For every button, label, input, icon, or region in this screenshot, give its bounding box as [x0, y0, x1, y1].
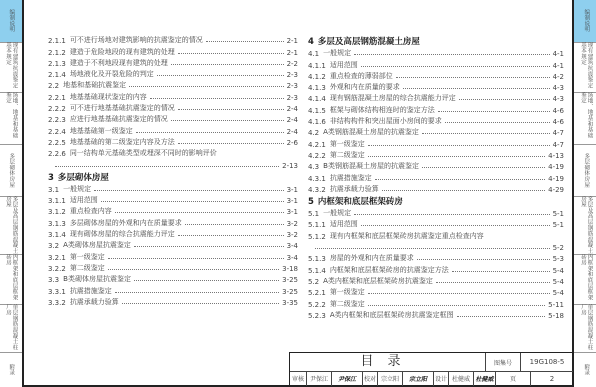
toc-page-ref: 2-4	[287, 128, 298, 136]
toc-number: 4.2.2	[308, 152, 326, 160]
leader-dots	[178, 235, 284, 236]
toc-number: 2.2	[48, 82, 59, 90]
toc-title: 内框架和底层框架砖房的抗震鉴定方法	[330, 265, 449, 275]
toc-number: 4.1.3	[308, 84, 326, 92]
toc-title: 抗震措施鉴定	[330, 173, 372, 183]
toc-entry[interactable]: 3.2.1第一级鉴定3-4	[48, 250, 298, 261]
toc-title: 第一级鉴定	[70, 252, 105, 262]
toc-page-ref: 2-2	[287, 60, 298, 68]
left-tab-7[interactable]: 单层钢筋混凝土柱厂房	[0, 304, 22, 353]
toc-number: 3.1.1	[48, 197, 66, 205]
toc-page-ref: 2-6	[287, 139, 298, 147]
toc-number: 4.3.2	[308, 186, 326, 194]
toc-entry[interactable]: 5.1.1适用范围5-1	[308, 218, 564, 229]
toc-title: 地基基础的第二级鉴定内容及方法	[70, 137, 175, 147]
tab-label: 多层砌体房屋	[8, 153, 15, 188]
toc-number: 4.1	[308, 50, 319, 58]
toc-title: 地基基础第一级鉴定	[70, 126, 133, 136]
toc-entry[interactable]: 3.1.4现有砌体房屋的综合抗震能力评定3-2	[48, 228, 298, 239]
toc-entry[interactable]: 2.1.4场地液化及开裂危险的判定2-3	[48, 68, 298, 79]
toc-title: 现有钢筋混凝土房屋的综合抗震能力评定	[330, 93, 456, 103]
toc-page-ref: 4-13	[548, 152, 564, 160]
toc-page-ref: 5-2	[553, 244, 564, 252]
tab-label: 内框架和底层框架砖房	[5, 254, 18, 304]
toc-number: 3.2	[48, 242, 59, 250]
right-tab-7[interactable]: 单层钢筋混凝土柱厂房	[574, 304, 596, 353]
toc-number: 2.2.3	[48, 116, 66, 124]
toc-title: A类砌体房屋抗震鉴定	[63, 240, 131, 250]
tab-label: 场地、地基和基础鉴定	[5, 92, 18, 144]
toc-number: 4.1.6	[308, 118, 326, 126]
toc-title: A类内框架和底层框架砖房抗震鉴定	[323, 276, 433, 286]
toc-number: 4.1.2	[308, 73, 326, 81]
toc-page-ref: 4-2	[553, 73, 564, 81]
toc-number: 2.1.3	[48, 60, 66, 68]
toc-entry[interactable]: 4.3.2抗震承载力验算4-29	[308, 183, 564, 194]
toc-entry[interactable]: 3.1.3多层砌体房屋的外观和内在质量要求3-2	[48, 216, 298, 227]
designer-signature: 杜健威	[473, 371, 495, 386]
toc-entry[interactable]: 2.1.1可不进行场地对建筑影响的抗震鉴定的情况2-1	[48, 34, 298, 45]
title-block: 目录 图集号 19G108-5 审核 尹保江 尹保江 校对 宗立阳 宗立阳 设计…	[289, 352, 573, 386]
right-tab-2[interactable]: 现有建筑抗震鉴定基本规定	[574, 42, 596, 93]
leader-dots	[459, 99, 550, 100]
toc-title: 可不进行地基基础抗震鉴定的情况	[70, 103, 175, 113]
leader-dots	[136, 132, 284, 133]
toc-page-ref: 2-4	[287, 105, 298, 113]
toc-title: 第二级鉴定	[330, 299, 365, 309]
toc-title: 建造于危险地段的现有建筑的处理	[70, 47, 175, 57]
toc-title: 一般规定	[63, 184, 91, 194]
checker-signature: 宗立阳	[402, 371, 433, 386]
toc-entry[interactable]: 4.1.1适用范围4-1	[308, 58, 564, 69]
toc-page-ref: 2-3	[287, 71, 298, 79]
toc-title: 场地液化及开裂危险的判定	[70, 69, 154, 79]
toc-entry[interactable]: 5.2.1第一级鉴定5-4	[308, 286, 564, 297]
toc-entry[interactable]: 2.2.5地基基础的第二级鉴定内容及方法2-6	[48, 136, 298, 147]
toc-entry[interactable]: 3.1一般规定3-1	[48, 183, 298, 194]
toc-entry[interactable]: 2.2.6同一结构单元基础类型或埋深不同时的影响评价	[48, 147, 298, 158]
toc-page-ref: 4-3	[553, 95, 564, 103]
toc-page-ref: 2-3	[287, 94, 298, 102]
leader-dots	[157, 75, 284, 76]
toc-page-ref: 2-1	[287, 49, 298, 57]
toc-title: 第二级鉴定	[330, 150, 365, 160]
toc-title: 应进行地基基础抗震鉴定的情况	[70, 114, 168, 124]
leader-dots	[178, 143, 284, 144]
toc-entry[interactable]: 3.1.2重点检查内容3-1	[48, 205, 298, 216]
toc-title: 适用范围	[330, 60, 358, 70]
toc-page-ref: 4-19	[548, 163, 564, 171]
toc-entry[interactable]: 4.2A类钢筋混凝土房屋的抗震鉴定4-7	[308, 126, 564, 137]
toc-number: 3.2.1	[48, 254, 66, 262]
leader-dots	[361, 66, 550, 67]
toc-page-ref: 5-4	[553, 289, 564, 297]
check-label: 校对	[362, 371, 377, 386]
toc-entry[interactable]: 5.2.2第二级鉴定5-11	[308, 297, 564, 308]
left-tab-1[interactable]: 编制说明	[0, 0, 22, 43]
review-label: 审核	[290, 371, 306, 386]
leader-dots	[403, 88, 550, 89]
leader-dots	[122, 303, 279, 304]
toc-left-column: 2.1.1可不进行场地对建筑影响的抗震鉴定的情况2-12.1.2建造于危险地段的…	[48, 34, 298, 307]
reviewer-signature: 尹保江	[331, 371, 362, 386]
toc-number: 3.3.1	[48, 288, 66, 296]
leader-dots	[438, 111, 550, 112]
leader-dots	[422, 167, 545, 168]
toc-page-ref: 4-29	[548, 186, 564, 194]
leader-dots	[94, 190, 283, 191]
toc-number: 3.1.4	[48, 231, 66, 239]
toc-page-ref: 3-2	[287, 220, 298, 228]
toc-entry[interactable]: 5.2A类内框架和底层框架砖房抗震鉴定5-4	[308, 275, 564, 286]
toc-entry[interactable]: 3.3.1抗震措施鉴定3-25	[48, 284, 298, 295]
atlas-no: 19G108-5	[520, 353, 573, 371]
toc-page-ref: 5-3	[553, 255, 564, 263]
drawing-title: 目录	[290, 353, 485, 371]
right-tab-6[interactable]: 内框架和底层框架砖房	[574, 254, 596, 305]
toc-title: 建造于不利地段现有建筑的处理	[70, 58, 168, 68]
right-tab-4[interactable]: 多层砌体房屋	[574, 144, 596, 197]
right-tab-5[interactable]: 多层及高层钢筋混凝土房屋	[574, 196, 596, 255]
toc-page-ref: 5-11	[548, 301, 564, 309]
toc-title: 一般规定	[323, 208, 351, 218]
toc-page-ref: 3-25	[282, 276, 298, 284]
toc-title: A类内框架和底层框架砖房抗震鉴定框图	[330, 310, 454, 320]
toc-title: 适用范围	[70, 195, 98, 205]
leader-dots	[185, 224, 284, 225]
tab-label: 内框架和底层框架砖房	[580, 254, 593, 304]
toc-page-ref: 3-4	[287, 242, 298, 250]
toc-entry[interactable]: 5.2.3A类内框架和底层框架砖房抗震鉴定框图5-18	[308, 309, 564, 320]
leader-dots	[134, 280, 279, 281]
toc-title: 一般规定	[323, 48, 351, 58]
leader-dots	[436, 282, 550, 283]
toc-title: 重点检查内容	[70, 206, 112, 216]
tab-label: 多层及高层钢筋混凝土房屋	[580, 196, 593, 254]
leader-dots	[361, 225, 550, 226]
left-tab-8[interactable]: 附录	[0, 352, 22, 387]
page-label: 页	[495, 371, 530, 386]
toc-title: 多层砌体房屋的外观和内在质量要求	[70, 218, 182, 228]
toc-entry[interactable]: 2.1.3建造于不利地段现有建筑的处理2-2	[48, 57, 298, 68]
toc-entry[interactable]: 2.2.3应进行地基基础抗震鉴定的情况2-4	[48, 113, 298, 124]
toc-page-ref: 3-1	[287, 197, 298, 205]
leader-dots	[108, 258, 284, 259]
toc-page-ref: 5-1	[553, 221, 564, 229]
toc-number: 4.1.4	[308, 95, 326, 103]
toc-entry[interactable]: 2-13	[48, 158, 298, 169]
toc-chapter-heading[interactable]: 3多层砌体房屋	[48, 170, 298, 183]
leader-dots	[129, 86, 283, 87]
toc-number: 4.1.1	[308, 62, 326, 70]
left-tab-2[interactable]: 现有建筑抗震鉴定基本规定	[0, 42, 22, 93]
toc-page-ref: 2-4	[287, 116, 298, 124]
toc-number: 5	[308, 197, 314, 207]
toc-entry[interactable]: 2.1.2建造于危险地段的现有建筑的处理2-1	[48, 45, 298, 56]
toc-page-ref: 4-1	[553, 62, 564, 70]
toc-title: B类砌体房屋抗震鉴定	[63, 274, 131, 284]
toc-page-ref: 3-18	[282, 265, 298, 273]
left-tab-6[interactable]: 内框架和底层框架砖房	[0, 254, 22, 305]
right-tab-8[interactable]: 附录	[574, 352, 596, 387]
leader-dots	[368, 305, 545, 306]
toc-page-ref: 2-1	[287, 37, 298, 45]
toc-entry[interactable]: 3.3.2抗震承载力验算3-35	[48, 296, 298, 307]
leader-dots	[171, 64, 284, 65]
toc-page-ref: 4-6	[553, 118, 564, 126]
tab-label: 附录	[8, 364, 15, 376]
toc-page-ref: 3-35	[282, 299, 298, 307]
toc-number: 3.2.2	[48, 265, 66, 273]
toc-page-ref: 5-18	[548, 312, 564, 320]
toc-number: 2.2.1	[48, 94, 66, 102]
leader-dots	[315, 248, 550, 249]
toc-page-ref: 4-3	[553, 84, 564, 92]
toc-title: A类钢筋混凝土房屋的抗震鉴定	[323, 127, 419, 137]
toc-title: 第一级鉴定	[330, 139, 365, 149]
toc-chapter-heading[interactable]: 4多层及高层钢筋混凝土房屋	[308, 34, 564, 47]
leader-dots	[134, 246, 284, 247]
reviewer-name: 尹保江	[306, 371, 331, 386]
toc-right-column: 4多层及高层钢筋混凝土房屋4.1一般规定4-14.1.1适用范围4-14.1.2…	[308, 34, 564, 320]
leader-dots	[115, 212, 284, 213]
leader-dots	[178, 109, 284, 110]
toc-number: 3.1	[48, 186, 59, 194]
tab-label: 编制说明	[8, 9, 15, 32]
toc-page-ref: 3-1	[287, 208, 298, 216]
toc-page: 2.1.1可不进行场地对建筑影响的抗震鉴定的情况2-12.1.2建造于危险地段的…	[24, 0, 572, 387]
toc-entry[interactable]: 2.2.1地基基础现状鉴定的内容2-3	[48, 90, 298, 101]
toc-entry[interactable]: 3.1.1适用范围3-1	[48, 194, 298, 205]
tab-label: 现有建筑抗震鉴定基本规定	[580, 42, 593, 92]
toc-title: 第一级鉴定	[330, 287, 365, 297]
toc-number: 5.2.3	[308, 312, 326, 320]
toc-number: 4.3.1	[308, 175, 326, 183]
toc-title: 抗震承载力验算	[70, 297, 119, 307]
toc-entry[interactable]: 2.2地基和基础抗震鉴定2-3	[48, 79, 298, 90]
toc-number: 4.1.5	[308, 107, 326, 115]
leader-dots	[457, 316, 546, 317]
toc-entry[interactable]: 5.1一般规定5-1	[308, 207, 564, 218]
toc-number: 5.1.4	[308, 267, 326, 275]
toc-entry[interactable]: 4.1.2重点检查的薄弱部位4-2	[308, 70, 564, 81]
toc-entry[interactable]: 3.2.2第二级鉴定3-18	[48, 262, 298, 273]
leader-dots	[178, 53, 284, 54]
left-tab-3[interactable]: 场地、地基和基础鉴定	[0, 92, 22, 145]
toc-page-ref: 4-1	[553, 50, 564, 58]
left-tab-4[interactable]: 多层砌体房屋	[0, 144, 22, 197]
tab-label: 单层钢筋混凝土柱厂房	[5, 304, 18, 352]
toc-entry[interactable]: 4.1一般规定4-1	[308, 47, 564, 58]
toc-entry[interactable]: 4.2.1第一级鉴定4-7	[308, 137, 564, 148]
page-number: 2	[530, 371, 573, 386]
toc-entry[interactable]: 3.3B类砌体房屋抗震鉴定3-25	[48, 273, 298, 284]
toc-number: 5.1.2	[308, 233, 326, 241]
toc-entry[interactable]: 5.1.3房屋的外观和内在质量要求5-3	[308, 252, 564, 263]
toc-page-ref: 5-1	[553, 210, 564, 218]
toc-page-ref: 4-19	[548, 175, 564, 183]
tab-label: 现有建筑抗震鉴定基本规定	[5, 42, 18, 92]
toc-number: 3	[48, 173, 54, 183]
tab-label: 单层钢筋混凝土柱厂房	[580, 304, 593, 352]
toc-title: 抗震承载力验算	[330, 184, 379, 194]
leader-dots	[171, 120, 284, 121]
toc-title: 同一结构单元基础类型或埋深不同时的影响评价	[70, 148, 217, 158]
toc-number: 5.1	[308, 210, 319, 218]
toc-number: 5.1.1	[308, 221, 326, 229]
toc-number: 3.1.3	[48, 220, 66, 228]
toc-number: 3.3.2	[48, 299, 66, 307]
tab-label: 场地、地基和基础鉴定	[580, 92, 593, 144]
toc-number: 4	[308, 37, 314, 47]
toc-title: 框架与砌体结构相连时的鉴定方法	[330, 105, 435, 115]
leader-dots	[368, 293, 550, 294]
leader-dots	[417, 259, 550, 260]
toc-page-ref: 2-3	[287, 82, 298, 90]
toc-number: 2.2.5	[48, 139, 66, 147]
toc-title: 地基基础现状鉴定的内容	[70, 92, 147, 102]
toc-number: 3.3	[48, 276, 59, 284]
tab-label: 编制说明	[583, 9, 590, 32]
toc-number: 2.2.4	[48, 128, 66, 136]
right-tab-3[interactable]: 场地、地基和基础鉴定	[574, 92, 596, 145]
toc-title: 地基和基础抗震鉴定	[63, 80, 126, 90]
toc-entry[interactable]: 4.1.6非结构构件和突出屋面小房间的要求4-6	[308, 115, 564, 126]
leader-dots	[108, 269, 279, 270]
toc-number: 2.2.2	[48, 105, 66, 113]
design-label: 设计	[433, 371, 448, 386]
toc-page-ref: 4-7	[553, 141, 564, 149]
leader-dots	[354, 54, 549, 55]
toc-number: 4.3	[308, 163, 319, 171]
left-tab-5[interactable]: 多层及高层钢筋混凝土房屋	[0, 196, 22, 255]
toc-title: 多层及高层钢筋混凝土房屋	[318, 35, 420, 47]
leader-dots	[445, 122, 550, 123]
leader-dots	[368, 156, 545, 157]
toc-number: 5.1.3	[308, 255, 326, 263]
toc-number: 5.2	[308, 278, 319, 286]
tab-label: 附录	[583, 364, 590, 376]
toc-page-ref: 3-4	[287, 254, 298, 262]
left-side-tabs: 编制说明现有建筑抗震鉴定基本规定场地、地基和基础鉴定多层砌体房屋多层及高层钢筋混…	[0, 0, 24, 387]
checker-name: 宗立阳	[377, 371, 402, 386]
toc-entry[interactable]: 4.2.2第二级鉴定4-13	[308, 149, 564, 160]
toc-number: 2.1.2	[48, 49, 66, 57]
toc-page-ref: 5-4	[553, 278, 564, 286]
leader-dots	[101, 201, 284, 202]
toc-number: 4.2.1	[308, 141, 326, 149]
toc-number: 5.2.1	[308, 289, 326, 297]
leader-dots	[150, 98, 284, 99]
toc-entry[interactable]: 4.1.5框架与砌体结构相连时的鉴定方法4-6	[308, 103, 564, 114]
toc-title: B类钢筋混凝土房屋的抗震鉴定	[323, 161, 419, 171]
leader-dots	[382, 190, 545, 191]
toc-entry[interactable]: 4.3.1抗震措施鉴定4-19	[308, 171, 564, 182]
toc-page-ref: 4-6	[553, 107, 564, 115]
leader-dots	[55, 166, 279, 167]
toc-page-ref: 4-7	[553, 129, 564, 137]
toc-entry[interactable]: 4.3B类钢筋混凝土房屋的抗震鉴定4-19	[308, 160, 564, 171]
toc-entry[interactable]: 5.1.4内框架和底层框架砖房的抗震鉴定方法5-4	[308, 263, 564, 274]
tab-label: 多层及高层钢筋混凝土房屋	[5, 196, 18, 254]
toc-chapter-heading[interactable]: 5内框架和底层框架砖房	[308, 194, 564, 207]
toc-entry[interactable]: 2.2.2可不进行地基基础抗震鉴定的情况2-4	[48, 102, 298, 113]
leader-dots	[396, 77, 550, 78]
leader-dots	[354, 214, 549, 215]
toc-number: 2.1.4	[48, 71, 66, 79]
toc-page-ref: 3-1	[287, 186, 298, 194]
toc-number: 3.1.2	[48, 208, 66, 216]
toc-title: 适用范围	[330, 219, 358, 229]
toc-title: 现有砌体房屋的综合抗震能力评定	[70, 229, 175, 239]
toc-title: 多层砌体房屋	[58, 171, 109, 183]
toc-number: 2.2.6	[48, 150, 66, 158]
designer-name: 杜健威	[448, 371, 473, 386]
leader-dots	[375, 179, 545, 180]
toc-title: 房屋的外观和内在质量要求	[330, 253, 414, 263]
right-tab-1[interactable]: 编制说明	[574, 0, 596, 43]
toc-title: 非结构构件和突出屋面小房间的要求	[330, 116, 442, 126]
toc-entry[interactable]: 3.2A类砌体房屋抗震鉴定3-4	[48, 239, 298, 250]
toc-number: 2.1.1	[48, 37, 66, 45]
toc-title: 外观和内在质量的要求	[330, 82, 400, 92]
toc-title: 第二级鉴定	[70, 263, 105, 273]
leader-dots	[422, 133, 550, 134]
tab-label: 多层砌体房屋	[583, 153, 590, 188]
toc-entry[interactable]: 4.1.3外观和内在质量的要求4-3	[308, 81, 564, 92]
toc-title: 现有内框架和底层框架砖房抗震鉴定重点检查内容	[330, 231, 484, 241]
toc-number: 4.2	[308, 129, 319, 137]
leader-dots	[452, 271, 550, 272]
leader-dots	[368, 145, 550, 146]
toc-entry[interactable]: 5.1.2现有内框架和底层框架砖房抗震鉴定重点检查内容	[308, 229, 564, 240]
leader-dots	[115, 292, 279, 293]
toc-page-ref: 3-2	[287, 231, 298, 239]
leader-dots	[206, 41, 284, 42]
toc-title: 可不进行场地对建筑影响的抗震鉴定的情况	[70, 35, 203, 45]
toc-page-ref: 3-25	[282, 288, 298, 296]
toc-title: 内框架和底层框架砖房	[318, 195, 403, 207]
toc-title: 抗震措施鉴定	[70, 286, 112, 296]
toc-entry[interactable]: 4.1.4现有钢筋混凝土房屋的综合抗震能力评定4-3	[308, 92, 564, 103]
toc-entry[interactable]: 2.2.4地基基础第一级鉴定2-4	[48, 124, 298, 135]
toc-page-ref: 2-13	[282, 162, 298, 170]
toc-title: 重点检查的薄弱部位	[330, 71, 393, 81]
toc-page-ref: 5-4	[553, 267, 564, 275]
toc-entry[interactable]: 5-2	[308, 241, 564, 252]
toc-number: 5.2.2	[308, 301, 326, 309]
atlas-no-label: 图集号	[485, 353, 520, 371]
right-side-tabs: 编制说明现有建筑抗震鉴定基本规定场地、地基和基础鉴定多层砌体房屋多层及高层钢筋混…	[572, 0, 596, 387]
